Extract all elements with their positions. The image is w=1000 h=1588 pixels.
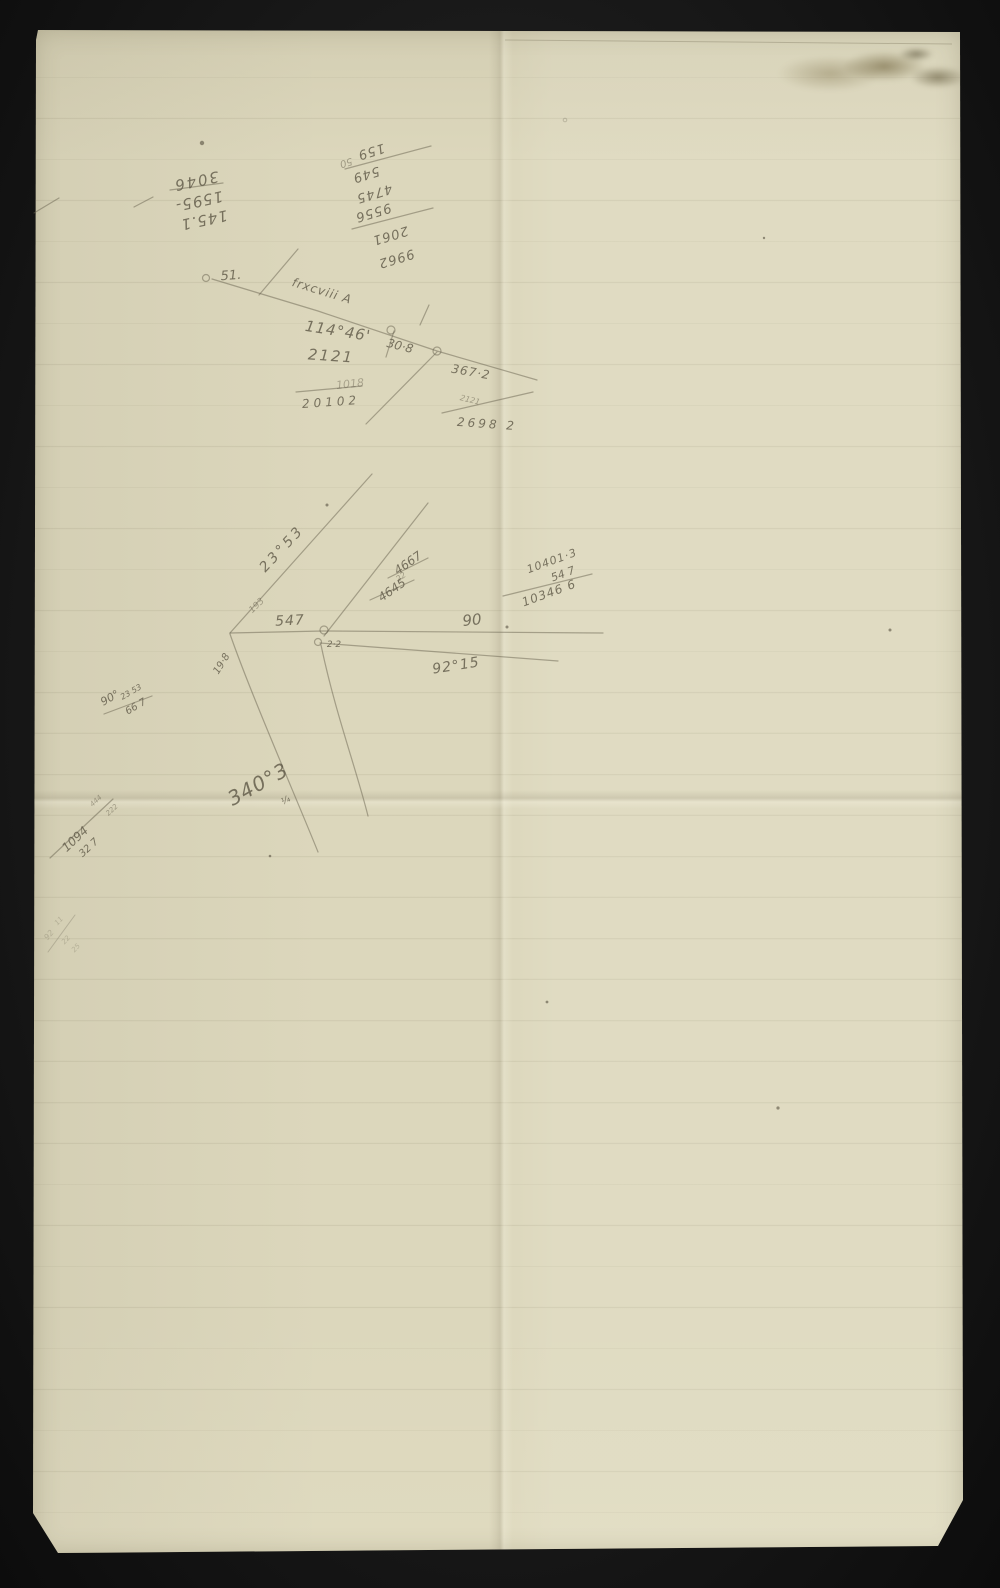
calc-line: 10346 6 [520, 577, 578, 610]
calc-line: 4667 [391, 548, 424, 577]
sum-bar [442, 392, 533, 413]
side-line [321, 645, 368, 816]
faint-mark: 11 [53, 915, 65, 927]
paper-speck [269, 855, 272, 858]
pencil-stroke [366, 352, 437, 424]
length-label: 90 [462, 610, 483, 630]
faint-mark: 22 [60, 934, 72, 946]
faint-mark: 25 [70, 942, 82, 954]
line-caption: frxcviii A [290, 275, 353, 307]
paper-speck [776, 1106, 779, 1109]
base-line [230, 631, 603, 633]
column-line: 50 [338, 155, 353, 169]
calc-line: 90° [98, 687, 121, 708]
survey-line-sketch: 51. frxcviii A 114°46' 2121 1018 20102 3… [203, 249, 538, 433]
column-line: 9962 [376, 245, 416, 270]
length-label: 19·8 [211, 652, 232, 677]
pencil-stroke [134, 197, 153, 207]
pencil-stroke [212, 279, 537, 380]
calc-line: 2121 [459, 393, 481, 407]
right-calc-stack: 10401·3 54 7 10346 6 [503, 546, 592, 609]
calc-line: 2121 [307, 345, 354, 366]
paper-speck [563, 118, 567, 122]
pencil-stroke [34, 198, 59, 213]
bearing-label: 23°53 [256, 522, 307, 575]
paper-speck [200, 141, 204, 145]
pencil-stroke [420, 305, 429, 325]
length-label: 547 [275, 612, 306, 630]
survey-point [315, 639, 322, 646]
pencil-sketch-layer: 51. frxcviii A 114°46' 2121 1018 20102 3… [0, 0, 1000, 1588]
paper-speck [326, 504, 329, 507]
offset-label: 2·2 [327, 640, 342, 650]
column-line: 2061 [370, 222, 410, 247]
faint-mark: 92 [42, 928, 56, 942]
paper-speck [546, 1001, 549, 1004]
calc-line: 20102 [301, 393, 360, 411]
survey-point [320, 626, 328, 634]
paper-speck [506, 626, 509, 629]
upside-down-sum: 3046 1595- 145.1 [34, 167, 229, 233]
sheet-edge-line [505, 40, 952, 44]
tick-label: 193 [247, 596, 267, 615]
side-line [230, 634, 318, 852]
big-bearing-fraction: ¼ [280, 794, 293, 807]
diagonal-line [324, 503, 428, 636]
left-calc-stack: 90° 23 53 66 7 [98, 682, 152, 717]
calc-line: 444 [88, 794, 103, 809]
distance-label: 30·8 [385, 336, 415, 356]
paper-speck [889, 629, 892, 632]
paper-speck [763, 237, 765, 239]
station-label: 51. [220, 268, 242, 284]
corner-calc-stack: 1094 444 32 7 222 [50, 794, 120, 860]
angle-label: 114°46' [304, 317, 372, 345]
calc-line: 2698 2 [457, 415, 518, 433]
upside-down-column: 159 50 549 4745 9556 2061 9962 [338, 140, 433, 271]
calc-line: 66 7 [124, 696, 149, 717]
calc-line: 1018 [335, 376, 364, 392]
angle-line [320, 643, 558, 661]
pencil-marks: 51. frxcviii A 114°46' 2121 1018 20102 3… [34, 118, 892, 1109]
angle-label: 92°15 [431, 654, 481, 677]
faint-edge-marks: 92 11 22 25 [42, 915, 82, 954]
station-point [203, 275, 210, 282]
angle-sketch: 23°53 193 547 90 2·2 4667 22 4645 92°15 … [211, 474, 603, 852]
